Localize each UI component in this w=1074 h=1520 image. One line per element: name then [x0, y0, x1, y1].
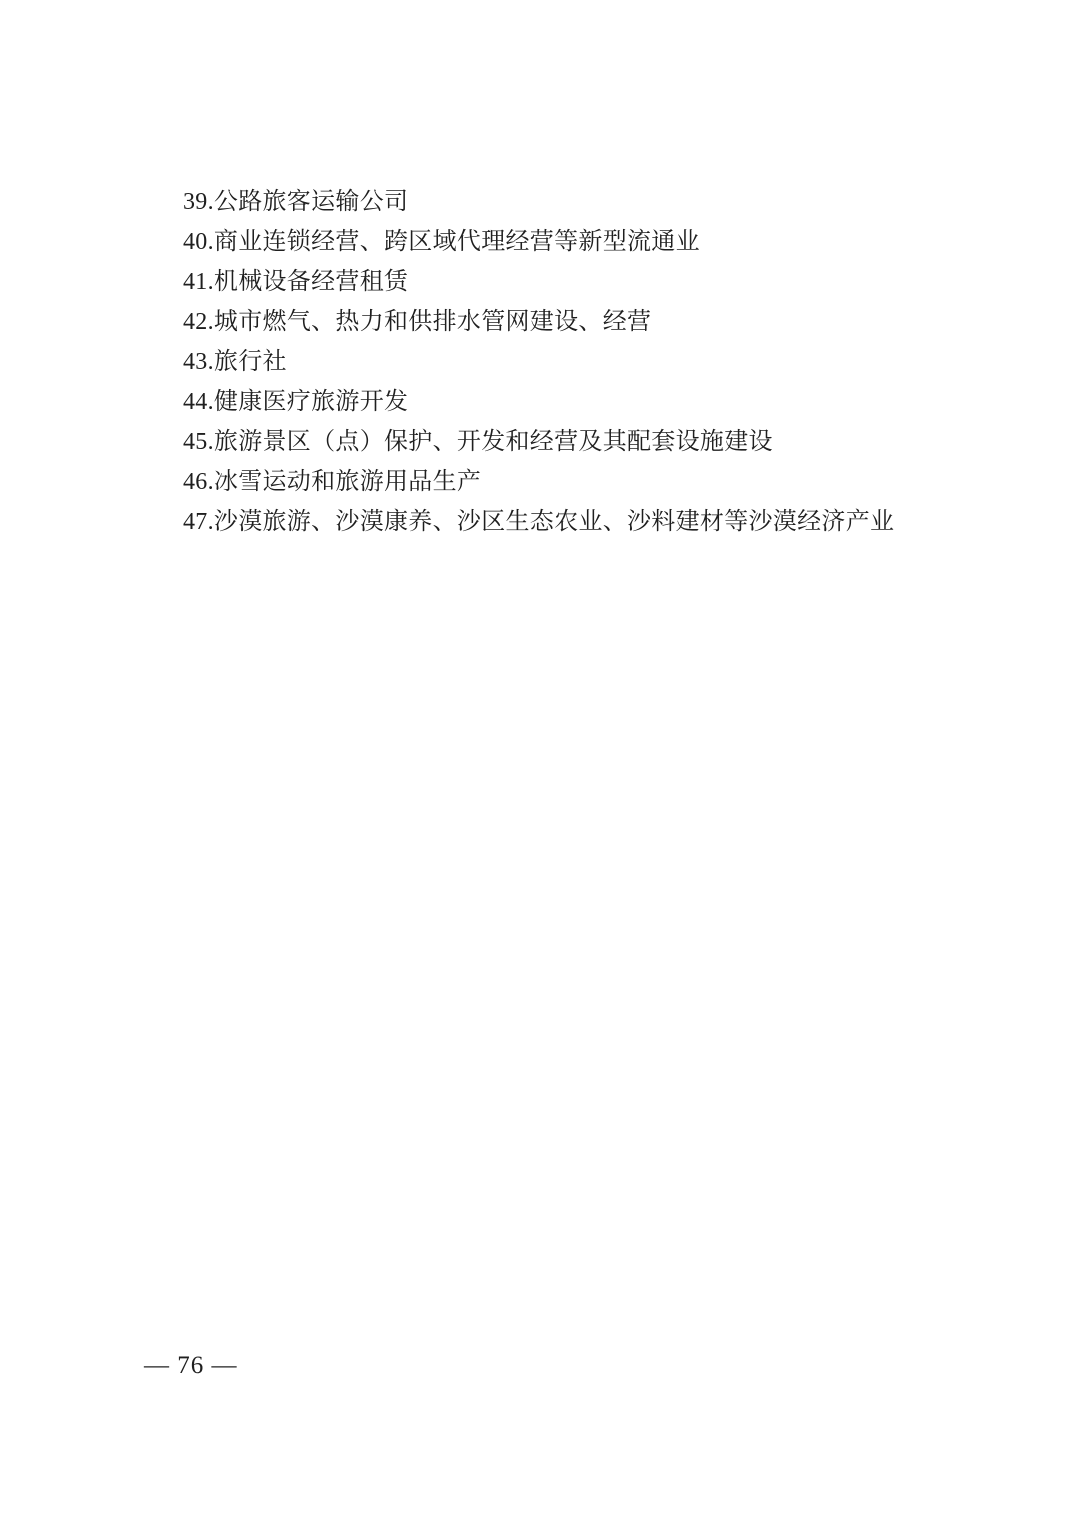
- numbered-list: 39.公路旅客运输公司 40.商业连锁经营、跨区域代理经营等新型流通业 41.机…: [183, 182, 894, 542]
- list-item: 42.城市燃气、热力和供排水管网建设、经营: [183, 302, 894, 342]
- list-item: 44.健康医疗旅游开发: [183, 382, 894, 422]
- list-item: 40.商业连锁经营、跨区域代理经营等新型流通业: [183, 222, 894, 262]
- page-number: — 76 —: [144, 1350, 238, 1382]
- list-item: 45.旅游景区（点）保护、开发和经营及其配套设施建设: [183, 422, 894, 462]
- list-item: 41.机械设备经营租赁: [183, 262, 894, 302]
- list-item: 46.冰雪运动和旅游用品生产: [183, 462, 894, 502]
- document-page: 39.公路旅客运输公司 40.商业连锁经营、跨区域代理经营等新型流通业 41.机…: [0, 0, 1074, 1520]
- list-item: 47.沙漠旅游、沙漠康养、沙区生态农业、沙料建材等沙漠经济产业: [183, 502, 894, 542]
- list-item: 39.公路旅客运输公司: [183, 182, 894, 222]
- list-item: 43.旅行社: [183, 342, 894, 382]
